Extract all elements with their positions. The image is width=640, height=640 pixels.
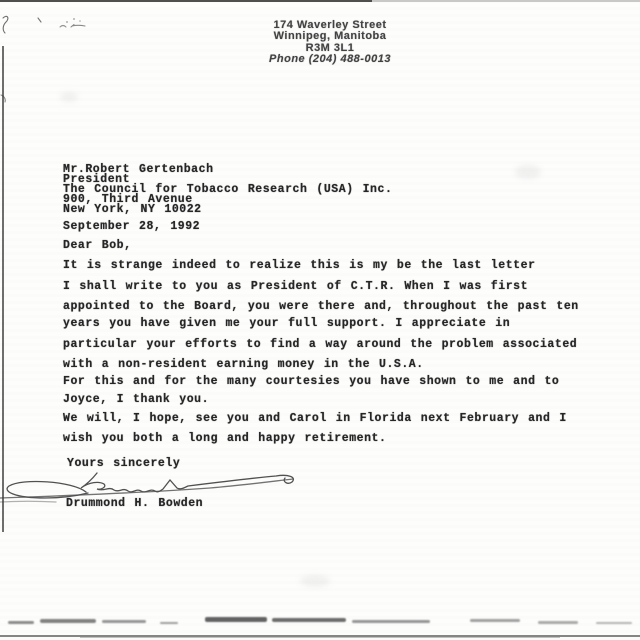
scan-blotch (515, 165, 541, 179)
letterhead-phone: Phone (204) 488-0013 (230, 54, 430, 65)
scan-smudge-artifact (538, 621, 578, 624)
body-line: years you have given me your full suppor… (63, 318, 510, 329)
body-line: wish you both a long and happy retiremen… (63, 433, 386, 444)
scan-smudge-artifact (160, 622, 178, 624)
scan-bottom-edge-light-artifact (80, 637, 560, 638)
scan-blotch (60, 92, 78, 102)
scan-smudge-artifact (272, 618, 346, 622)
signer-name: Drummond H. Bowden (66, 498, 203, 509)
scan-smudge-artifact (205, 617, 267, 622)
scan-bottom-edge-artifact (0, 635, 640, 637)
scanned-letter-page: 174 Waverley Street Winnipeg, Manitoba R… (0, 0, 640, 640)
scan-top-edge-dark-artifact (0, 0, 372, 2)
scan-smudge-artifact (470, 619, 520, 622)
letterhead-city: Winnipeg, Manitoba (230, 31, 430, 42)
letter-date: September 28, 1992 (63, 221, 200, 232)
scan-smudge-artifact (40, 619, 96, 623)
letterhead: 174 Waverley Street Winnipeg, Manitoba R… (230, 20, 430, 65)
body-line: I shall write to you as President of C.T… (63, 281, 528, 292)
salutation: Dear Bob, (63, 240, 132, 251)
scan-left-edge-line-artifact (2, 46, 4, 532)
scan-smudge-artifact (352, 620, 430, 623)
scan-blotch (300, 575, 330, 587)
body-line: with a non-resident earning money in the… (63, 359, 424, 370)
scan-smudge-artifact (8, 621, 34, 624)
body-line: Joyce, I thank you. (63, 394, 209, 405)
scan-smudge-artifact (596, 622, 632, 624)
recipient-city: New York, NY 10022 (63, 205, 202, 215)
body-line: We will, I hope, see you and Carol in Fl… (63, 413, 567, 424)
scan-smudge-artifact (102, 620, 146, 623)
body-line: For this and for the many courtesies you… (63, 376, 559, 387)
body-line: appointed to the Board, you were there a… (63, 301, 579, 312)
body-line: particular your efforts to find a way ar… (63, 339, 577, 350)
scan-top-edge-artifact (0, 0, 640, 2)
body-line: It is strange indeed to realize this is … (63, 260, 536, 271)
